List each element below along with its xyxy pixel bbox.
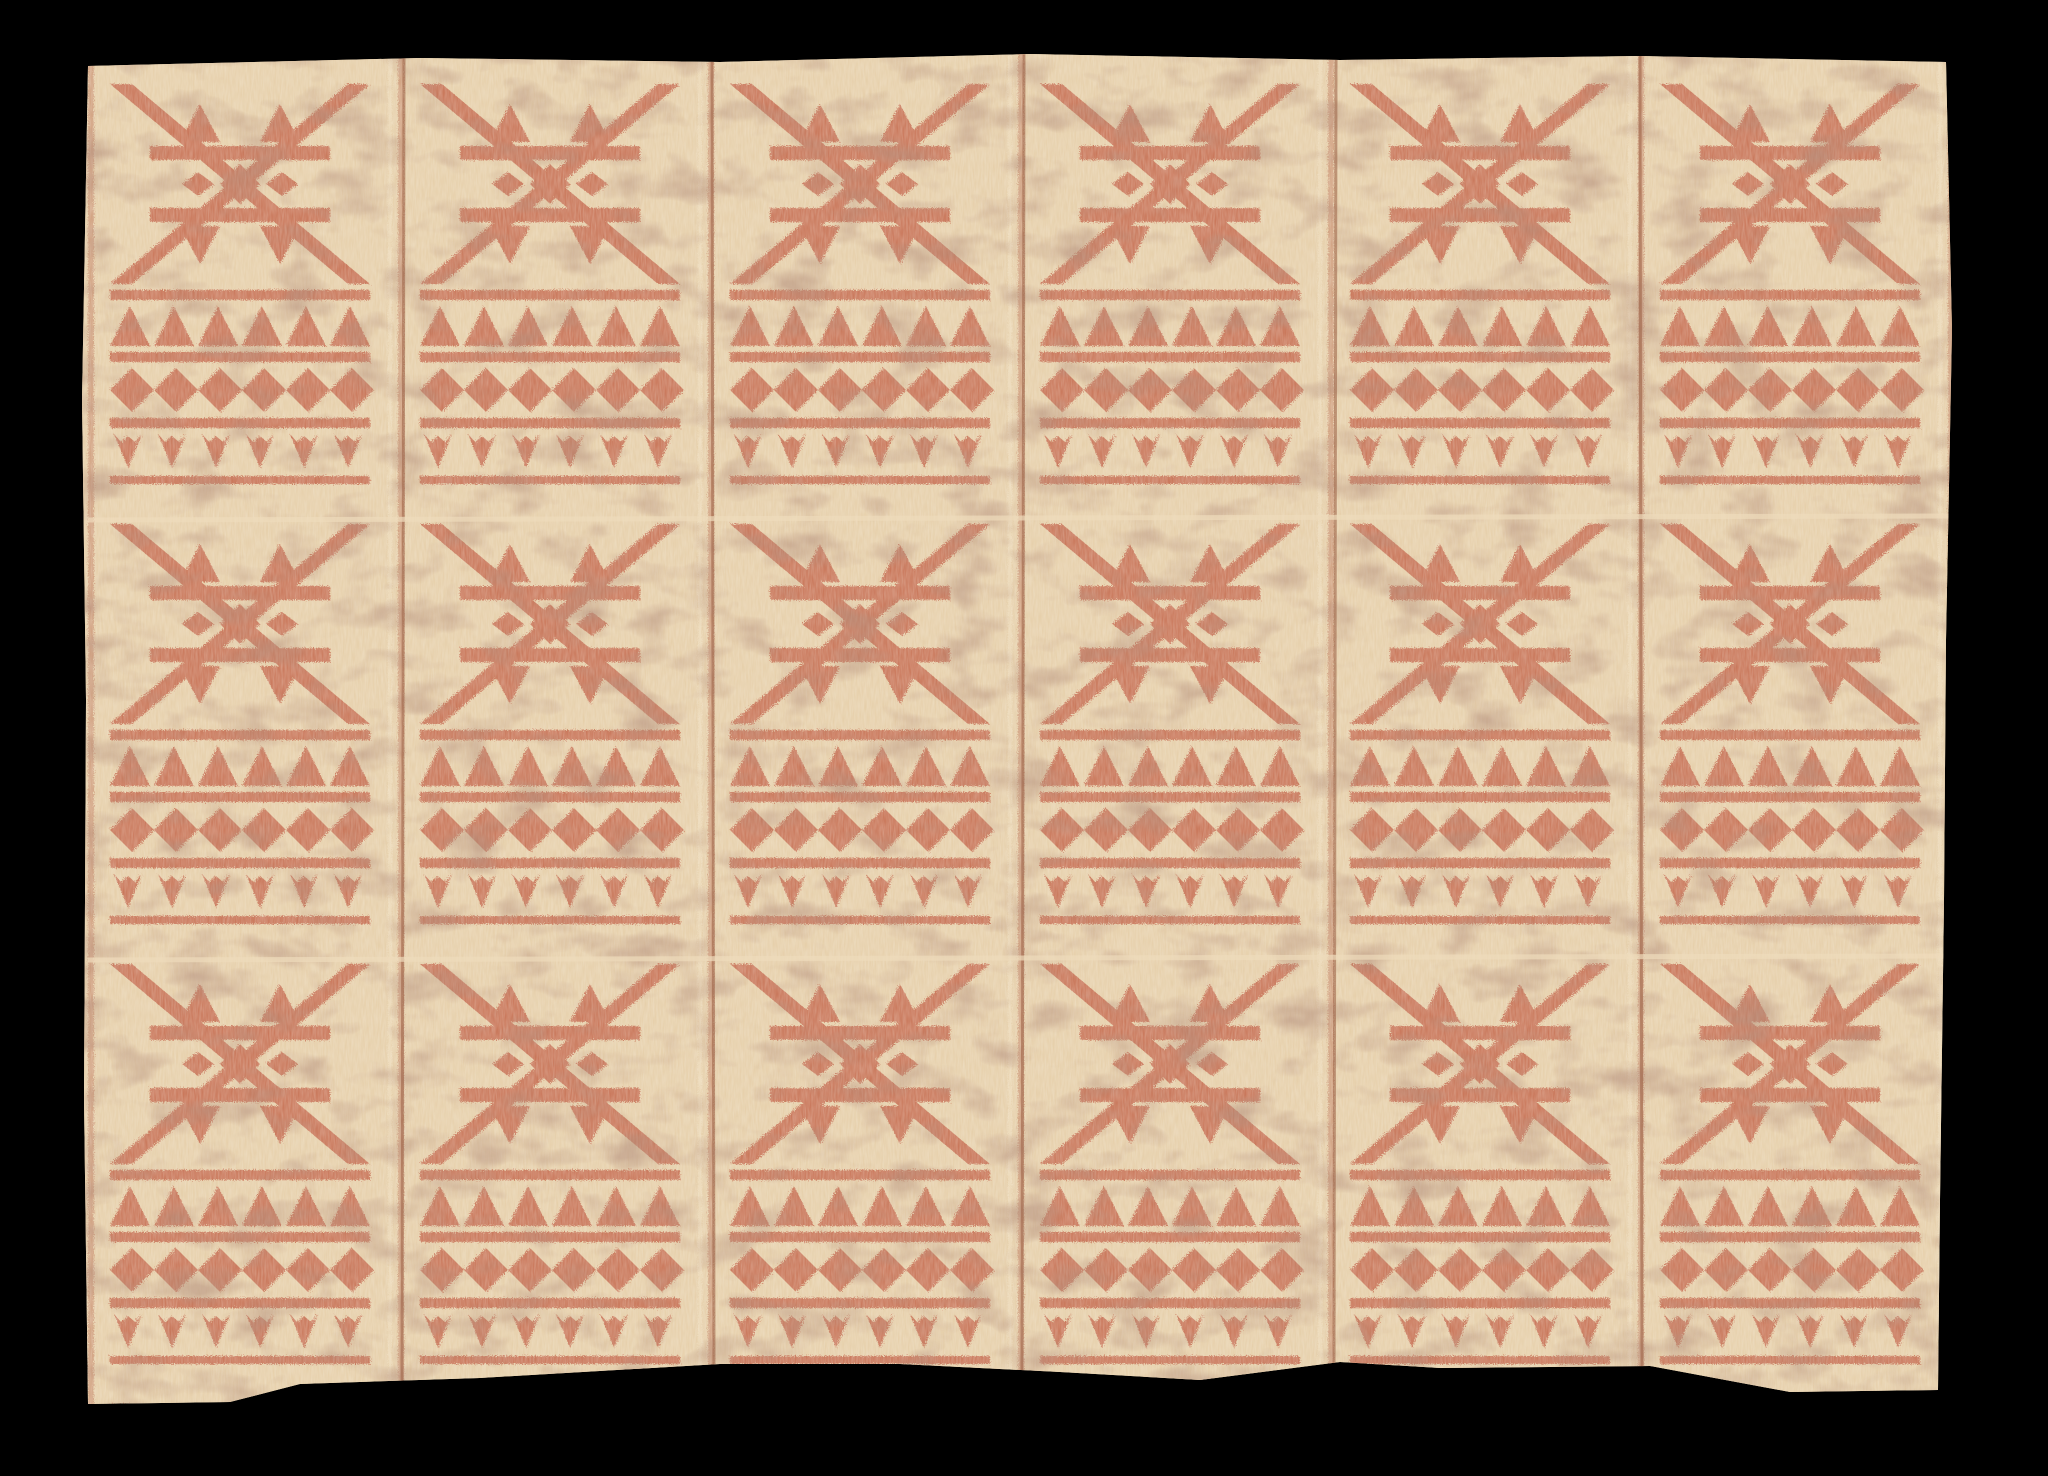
photograph bbox=[0, 0, 2048, 1476]
tapa-cloth bbox=[0, 0, 2048, 1476]
